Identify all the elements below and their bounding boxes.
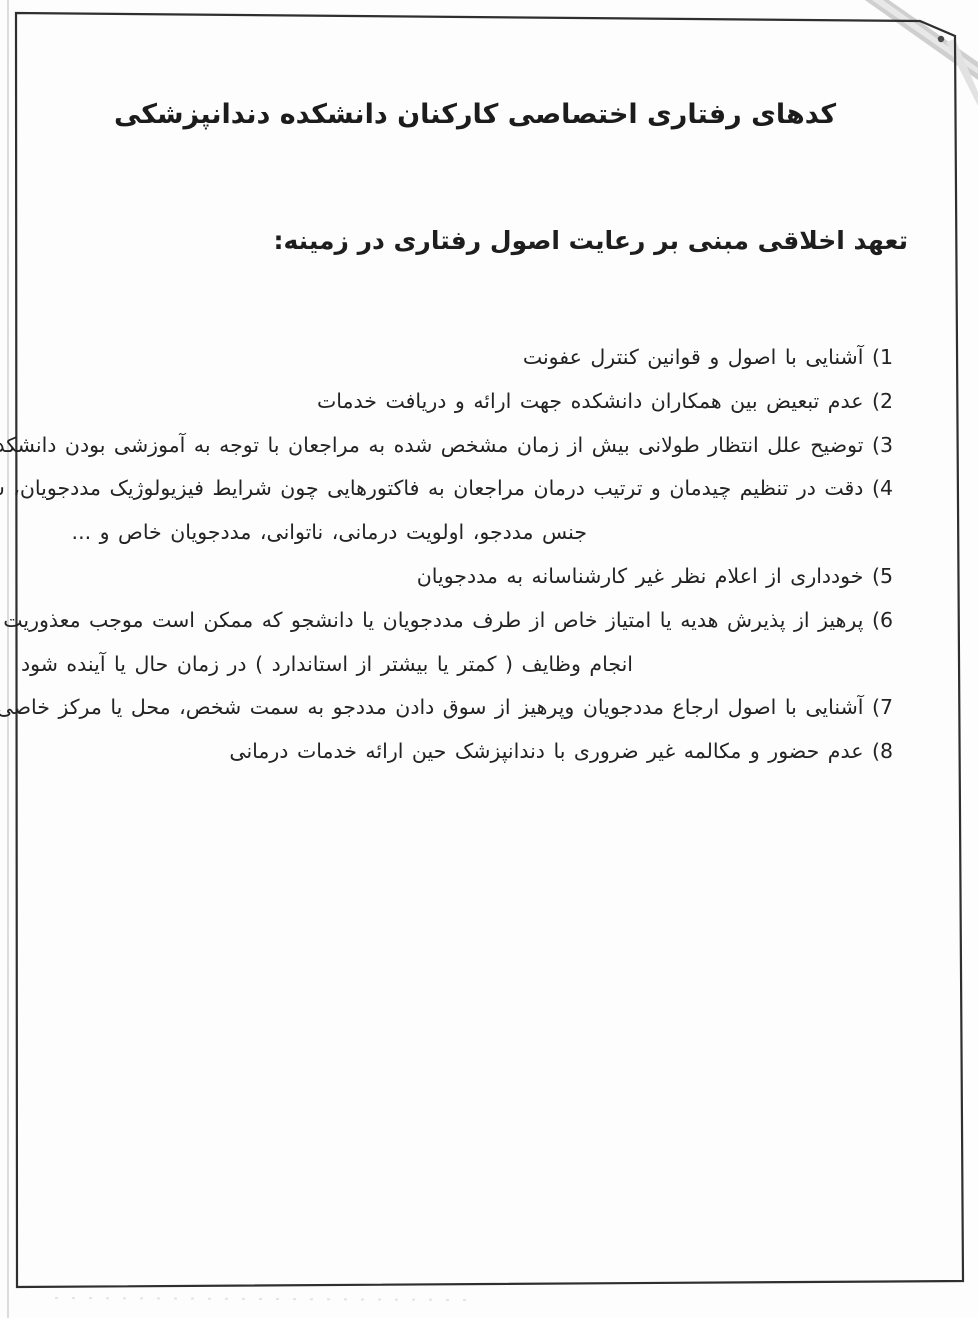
- page-curl: [862, 0, 978, 80]
- scan-speck: [938, 36, 944, 42]
- list-item-2: 2) عدم تبعیض بین همکاران دانشکده جهت ارا…: [60, 380, 893, 424]
- list-item-3: 3) توضیح علل انتظار طولانی بیش از زمان م…: [60, 424, 893, 468]
- code-of-conduct-list: 1) آشنایی با اصول و قوانین کنترل عفونت 2…: [60, 336, 893, 774]
- list-item-8: 8) عدم حضور و مکالمه غیر ضروری با دندانپ…: [60, 730, 893, 774]
- document-title: کدهای رفتاری اختصاصی کارکنان دانشکده دند…: [0, 99, 978, 130]
- document-subtitle: تعهد اخلاقی مبنی بر رعایت اصول رفتاری در…: [273, 226, 908, 255]
- list-item-7: 7) آشنایی با اصول ارجاع مددجویان وپرهیز …: [60, 686, 893, 730]
- list-item-4-continuation: جنس مددجو، اولویت درمانی، ناتوانی، مددجو…: [60, 511, 587, 555]
- scan-noise-line: [55, 1298, 480, 1300]
- page-curl-highlight: [869, 0, 978, 74]
- page-curl-shadow: [946, 39, 978, 106]
- list-item-4: 4) دقت در تنظیم چیدمان و ترتیب درمان مرا…: [60, 467, 893, 511]
- list-item-6-continuation: انجام وظایف ( کمتر یا بیشتر از استاندارد…: [60, 643, 633, 687]
- list-item-1: 1) آشنایی با اصول و قوانین کنترل عفونت: [60, 336, 893, 380]
- scanned-document-page: کدهای رفتاری اختصاصی کارکنان دانشکده دند…: [0, 0, 978, 1318]
- list-item-6: 6) پرهیز از پذیرش هدیه یا امتیاز خاص از …: [60, 599, 893, 643]
- list-item-5: 5) خودداری از اعلام نظر غیر کارشناسانه ب…: [60, 555, 893, 599]
